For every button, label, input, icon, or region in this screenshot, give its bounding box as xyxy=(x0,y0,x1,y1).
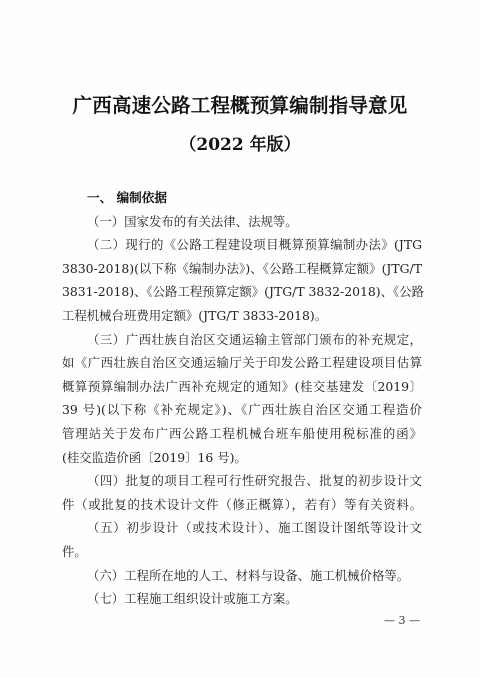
paragraph-line: （六）工程所在地的人工、材料与设备、施工机械价格等。 xyxy=(62,564,422,588)
paragraph-line: 39 号)(以下称《补充规定》)、《广西壮族自治区交通工程造价 xyxy=(62,398,422,422)
paragraph-line: 件。 xyxy=(62,540,422,564)
paragraph-line: 件（或批复的技术设计文件（修正概算），若有）等有关资料。 xyxy=(62,493,422,517)
paragraph-line: （七）工程施工组织设计或施工方案。 xyxy=(62,587,422,611)
paragraph-line: （五）初步设计（或技术设计）、施工图设计图纸等设计文 xyxy=(62,516,422,540)
document-page: 广西高速公路工程概预算编制指导意见 （2022 年版） 一、 编制依据 （一）国… xyxy=(0,0,480,678)
paragraph-line: 3830-2018)(以下称《编制办法》)、《公路工程概算定额》(JTG/T xyxy=(62,257,422,281)
paragraph-line: （一）国家发布的有关法律、法规等。 xyxy=(62,210,422,234)
document-body: 一、 编制依据 （一）国家发布的有关法律、法规等。 （二）现行的《公路工程建设项… xyxy=(62,186,422,611)
paragraph-line: (桂交监造价函〔2019〕16 号)。 xyxy=(62,446,422,470)
document-subtitle: （2022 年版） xyxy=(0,130,480,155)
paragraph-line: 概算预算编制办法广西补充规定的通知》(桂交基建发〔2019〕 xyxy=(62,375,422,399)
section-heading: 一、 编制依据 xyxy=(62,186,422,210)
paragraph-line: （四）批复的项目工程可行性研究报告、批复的初步设计文 xyxy=(62,469,422,493)
paragraph-line: 如《广西壮族自治区交通运输厅关于印发公路工程建设项目估算 xyxy=(62,351,422,375)
paragraph-line: 管理站关于发布广西公路工程机械台班车船使用税标准的函》 xyxy=(62,422,422,446)
paragraph-line: （三）广西壮族自治区交通运输主管部门颁布的补充规定， xyxy=(62,328,422,352)
paragraph-line: 3831-2018)、《公路工程预算定额》(JTG/T 3832-2018)、《… xyxy=(62,280,422,304)
document-title: 广西高速公路工程概预算编制指导意见 xyxy=(0,90,480,118)
paragraph-line: 工程机械台班费用定额》(JTG/T 3833-2018)。 xyxy=(62,304,422,328)
page-number: — 3 — xyxy=(380,614,424,627)
paragraph-line: （二）现行的《公路工程建设项目概算预算编制办法》(JTG xyxy=(62,233,422,257)
